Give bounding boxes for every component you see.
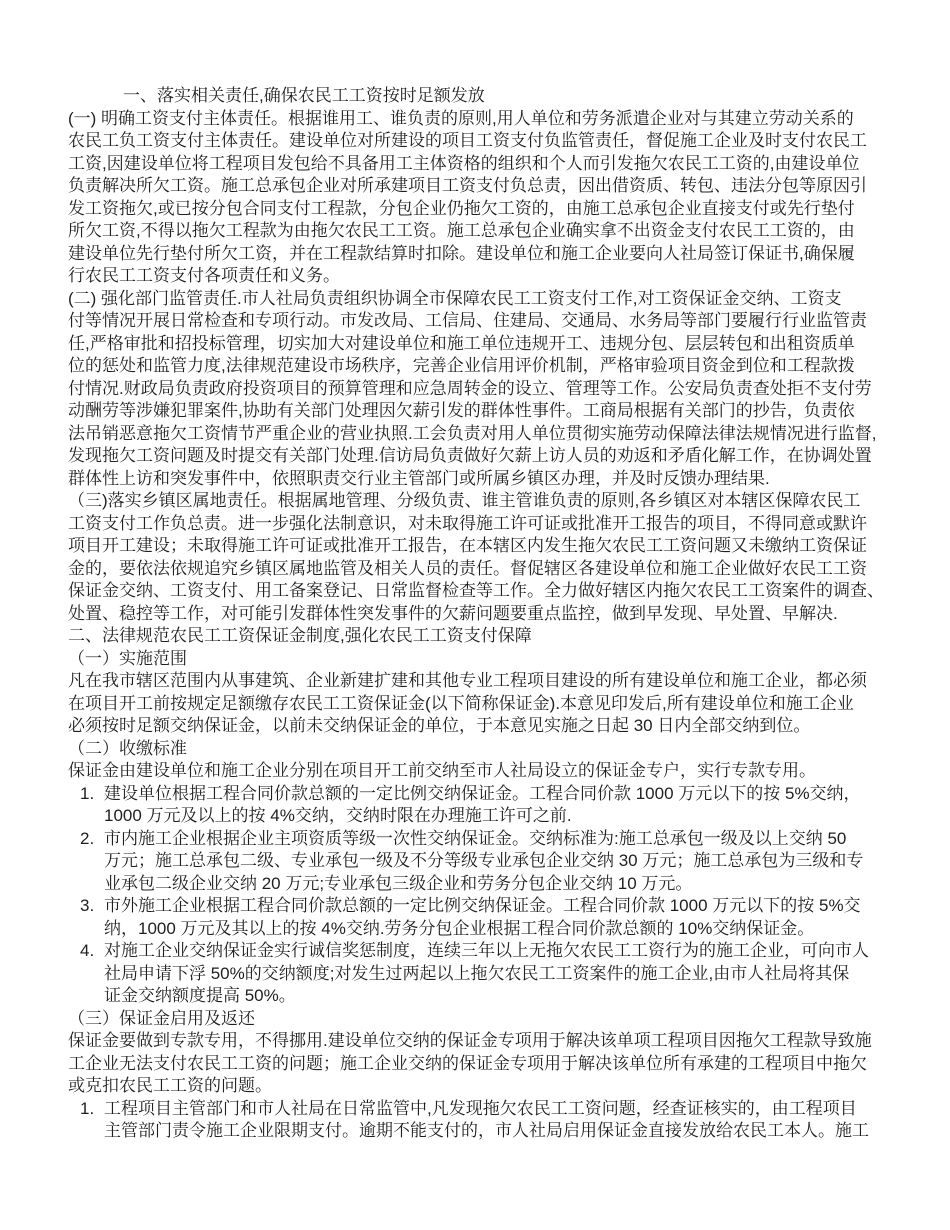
list-item-line: 4.对施工企业交纳保证金实行诚信奖惩制度，连续三年以上无拖欠农民工工资行为的施工…	[68, 940, 890, 963]
list-number: 1.	[80, 1098, 104, 1121]
doc-line: 金的，要依法依规追究乡镇区属地监管及相关人员的责任。督促辖区各建设单位和施工企业…	[68, 558, 890, 581]
doc-line: 纳，1000 万元及其以上的按 4%交纳.劳务分包企业根据工程合同价款总额的 1…	[68, 918, 890, 941]
list-text: 市内施工企业根据企业主项资质等级一次性交纳保证金。交纳标准为:施工总承包一级及以…	[104, 829, 846, 848]
doc-line: 任,严格审批和招投标管理，切实加大对建设单位和施工单位违规开工、违规分包、层层转…	[68, 333, 890, 356]
doc-line: 在项目开工前按规定足额缴存农民工工资保证金(以下简称保证金).本意见印发后,所有…	[68, 693, 890, 716]
list-item-line: 3.市外施工企业根据工程合同价款总额的一定比例交纳保证金。工程合同价款 1000…	[68, 895, 890, 918]
subsection-heading: （一）实施范围	[68, 648, 890, 671]
list-text: 对施工企业交纳保证金实行诚信奖惩制度，连续三年以上无拖欠农民工工资行为的施工企业…	[104, 941, 869, 960]
doc-line: 发现拖欠工资问题及时提交有关部门处理.信访局负责做好欠薪上访人员的劝返和矛盾化解…	[68, 445, 890, 468]
doc-line: 法吊销恶意拖欠工资情节严重企业的营业执照.工会负责对用人单位贯彻实施劳动保障法律…	[68, 423, 890, 446]
doc-line: 处置、稳控等工作，对可能引发群体性突发事件的欠薪问题要重点监控，做到早发现、早处…	[68, 603, 890, 626]
doc-line: 业承包二级企业交纳 20 万元;专业承包三级企业和劳务分包企业交纳 10 万元。	[68, 873, 890, 896]
doc-line: 项目开工建设；未取得施工许可证或批准开工报告，在本辖区内发生拖欠农民工工资问题又…	[68, 535, 890, 558]
list-number: 3.	[80, 895, 104, 918]
section-heading: 一、落实相关责任,确保农民工工资按时足额发放	[68, 85, 890, 108]
doc-line: 发工资拖欠,或已按分包合同支付工程款，分包企业仍拖欠工资的，由施工总承包企业直接…	[68, 198, 890, 221]
doc-line: 农民工负工资支付主体责任。建设单位对所建设的项目工资支付负监管责任，督促施工企业…	[68, 130, 890, 153]
doc-line: 动酬劳等涉嫌犯罪案件,协助有关部门处理因欠薪引发的群体性事件。工商局根据有关部门…	[68, 400, 890, 423]
doc-line: (一) 明确工资支付主体责任。根据谁用工、谁负责的原则,用人单位和劳务派遣企业对…	[68, 108, 890, 131]
doc-line: 群体性上访和突发事件中，依照职责交行业主管部门或所属乡镇区办理，并及时反馈办理结…	[68, 468, 890, 491]
section-heading: 二、法律规范农民工工资保证金制度,强化农民工工资支付保障	[68, 625, 890, 648]
doc-line: 或克扣农民工工资的问题。	[68, 1075, 890, 1098]
doc-line: 凡在我市辖区范围内从事建筑、企业新建扩建和其他专业工程项目建设的所有建设单位和施…	[68, 670, 890, 693]
doc-line: （三)落实乡镇区属地责任。根据属地管理、分级负责、谁主管谁负责的原则,各乡镇区对…	[68, 490, 890, 513]
doc-line: 行农民工工资支付各项责任和义务。	[68, 265, 890, 288]
doc-line: 必须按时足额交纳保证金，以前未交纳保证金的单位，于本意见实施之日起 30 日内全…	[68, 715, 890, 738]
doc-line: 万元；施工总承包二级、专业承包一级及不分等级专业承包企业交纳 30 万元；施工总…	[68, 850, 890, 873]
list-number: 4.	[80, 940, 104, 963]
list-item-line: 1.工程项目主管部门和市人社局在日常监管中,凡发现拖欠农民工工资问题，经查证核实…	[68, 1098, 890, 1121]
list-text: 工程项目主管部门和市人社局在日常监管中,凡发现拖欠农民工工资问题，经查证核实的，…	[104, 1099, 857, 1118]
doc-line: 主管部门责令施工企业限期支付。逾期不能支付的，市人社局启用保证金直接发放给农民工…	[68, 1120, 890, 1143]
subsection-heading: （三）保证金启用及返还	[68, 1008, 890, 1031]
list-item-line: 1.建设单位根据工程合同价款总额的一定比例交纳保证金。工程合同价款 1000 万…	[68, 783, 890, 806]
doc-line: 位的惩处和监管力度,法律规范建设市场秩序，完善企业信用评价机制，严格审验项目资金…	[68, 355, 890, 378]
doc-line: 保证金交纳、工资支付、用工备案登记、日常监督检查等工作。全力做好辖区内拖欠农民工…	[68, 580, 890, 603]
doc-line: 付情况.财政局负责政府投资项目的预算管理和应急周转金的设立、管理等工作。公安局负…	[68, 378, 890, 401]
doc-line: 证金交纳额度提高 50%。	[68, 985, 890, 1008]
doc-line: 工资支付工作负总责。进一步强化法制意识，对未取得施工许可证或批准开工报告的项目，…	[68, 513, 890, 536]
doc-line: 所欠工资,不得以拖欠工程款为由拖欠农民工工资。施工总承包企业确实拿不出资金支付农…	[68, 220, 890, 243]
list-text: 市外施工企业根据工程合同价款总额的一定比例交纳保证金。工程合同价款 1000 万…	[104, 896, 861, 915]
document-page: 一、落实相关责任,确保农民工工资按时足额发放 (一) 明确工资支付主体责任。根据…	[0, 0, 950, 1230]
list-item-line: 2.市内施工企业根据企业主项资质等级一次性交纳保证金。交纳标准为:施工总承包一级…	[68, 828, 890, 851]
doc-line: (二) 强化部门监管责任.市人社局负责组织协调全市保障农民工工资支付工作,对工资…	[68, 288, 890, 311]
doc-line: 保证金由建设单位和施工企业分别在项目开工前交纳至市人社局设立的保证金专户，实行专…	[68, 760, 890, 783]
doc-line: 付等情况开展日常检查和专项行动。市发改局、工信局、住建局、交通局、水务局等部门要…	[68, 310, 890, 333]
doc-line: 1000 万元及以上的按 4%交纳，交纳时限在办理施工许可之前.	[68, 805, 890, 828]
doc-line: 工企业无法支付农民工工资的问题；施工企业交纳的保证金专项用于解决该单位所有承建的…	[68, 1053, 890, 1076]
doc-line: 负责解决所欠工资。施工总承包企业对所承建项目工资支付负总责，因出借资质、转包、违…	[68, 175, 890, 198]
list-text: 建设单位根据工程合同价款总额的一定比例交纳保证金。工程合同价款 1000 万元以…	[104, 784, 861, 803]
subsection-heading: （二）收缴标准	[68, 738, 890, 761]
doc-line: 工资,因建设单位将工程项目发包给不具备用工主体资格的组织和个人而引发拖欠农民工工…	[68, 153, 890, 176]
doc-line: 社局申请下浮 50%的交纳额度;对发生过两起以上拖欠农民工工资案件的施工企业,由…	[68, 963, 890, 986]
list-number: 1.	[80, 783, 104, 806]
list-number: 2.	[80, 828, 104, 851]
doc-line: 建设单位先行垫付所欠工资，并在工程款结算时扣除。建设单位和施工企业要向人社局签订…	[68, 243, 890, 266]
doc-line: 保证金要做到专款专用，不得挪用.建设单位交纳的保证金专项用于解决该单项工程项目因…	[68, 1030, 890, 1053]
